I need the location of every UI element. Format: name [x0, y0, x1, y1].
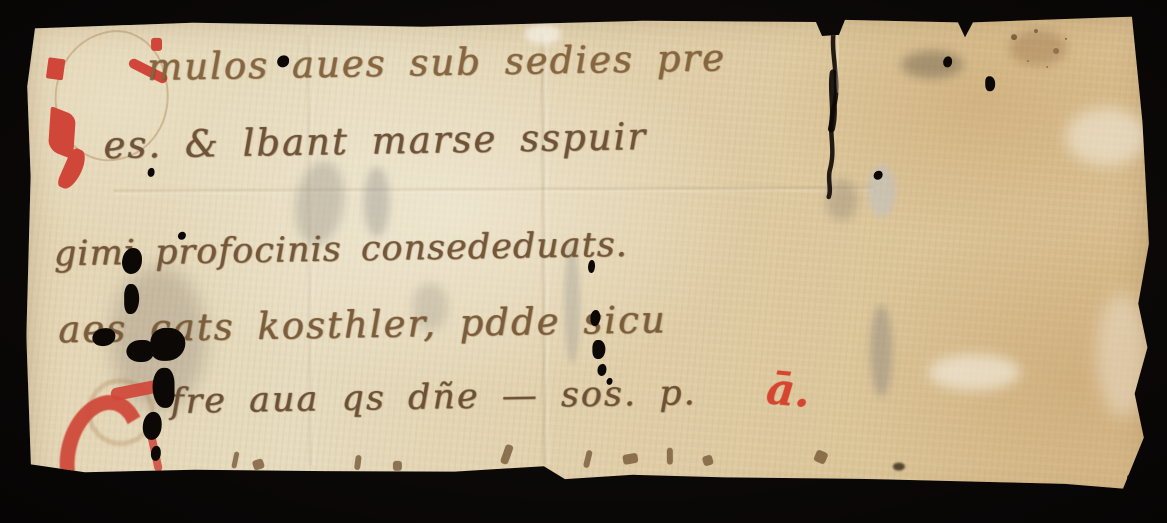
worm-hole	[592, 340, 605, 359]
edge-hole	[1127, 472, 1143, 484]
cutoff-letter-stroke	[702, 454, 714, 466]
cutoff-letter-stroke	[393, 461, 402, 471]
dark-spot	[893, 463, 905, 471]
manuscript-text-line-1: mulos aues sub sedies pre	[147, 36, 727, 89]
cutoff-letter-stroke	[354, 455, 362, 471]
red-abbreviation-mark: ā.	[764, 363, 813, 418]
cutoff-letter-stroke	[252, 458, 266, 471]
white-chalk-patch	[1096, 294, 1149, 418]
cutoff-letter-stroke	[231, 451, 239, 469]
brown-stain	[1009, 30, 1067, 66]
worm-hole	[588, 260, 595, 273]
cutoff-letter-stroke	[500, 444, 514, 466]
cutoff-letter-stroke	[813, 449, 829, 465]
worm-hole	[985, 76, 995, 91]
parchment-fragment: mulos aues sub sedies pre es. & lbant ma…	[23, 12, 1153, 511]
cutoff-letter-stroke	[622, 453, 639, 466]
photograph-of-manuscript-fragment: mulos aues sub sedies pre es. & lbant ma…	[0, 0, 1167, 523]
cutoff-letter-stroke	[667, 448, 673, 465]
brown-freckles	[1011, 34, 1017, 40]
worm-hole	[152, 368, 174, 408]
cutoff-letter-stroke	[583, 450, 593, 469]
white-chalk-patch	[1065, 108, 1147, 166]
grey-stain	[364, 167, 390, 237]
manuscript-text-line-5: fre aua qs dñe — sos. p.	[170, 373, 697, 422]
worm-hole	[148, 168, 155, 177]
worm-hole	[143, 412, 162, 440]
grey-smudge	[901, 50, 963, 78]
white-chalk-patch	[928, 354, 1020, 390]
horizontal-crease	[114, 185, 874, 196]
grey-streak	[870, 305, 892, 397]
grey-smudge	[826, 179, 858, 221]
manuscript-text-line-2: es. & lbant marse sspuir	[103, 115, 647, 167]
red-penwork-fragment	[46, 57, 66, 80]
